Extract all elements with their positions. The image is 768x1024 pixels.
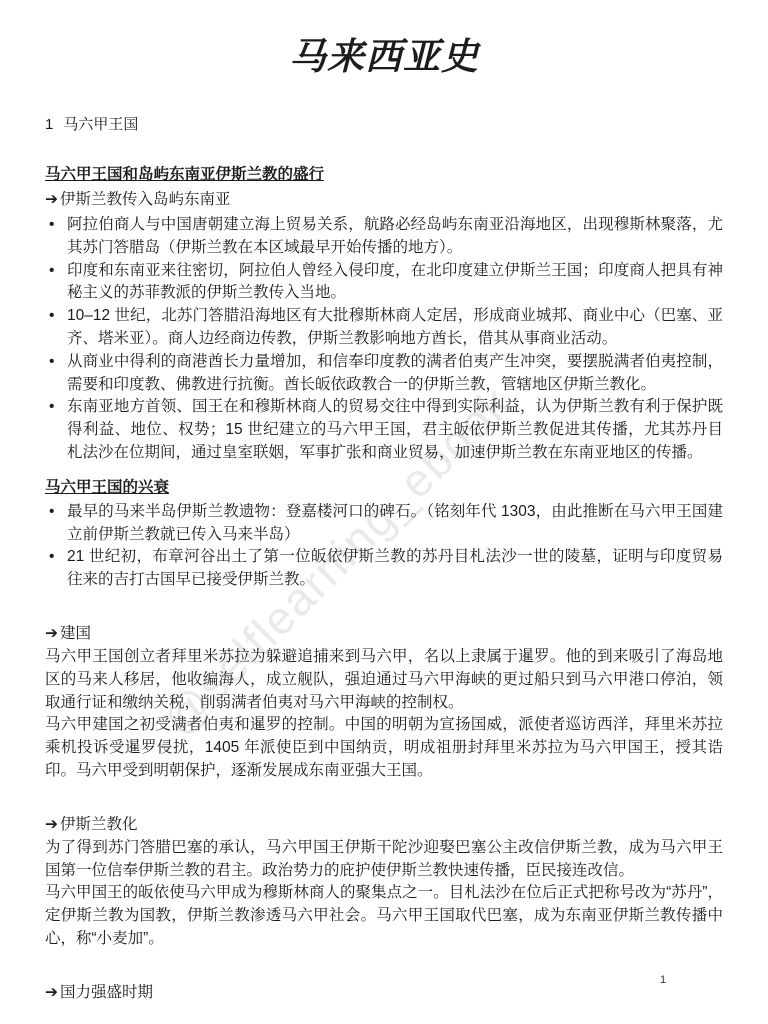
paragraph-founding-2: 马六甲建国之初受满者伯夷和暹罗的控制。中国的明朝为宣扬国威，派使者巡访西洋，拜里… [45, 714, 723, 782]
chapter-title: 马六甲王国 [63, 116, 138, 133]
document-title: 马来西亚史 [45, 0, 723, 80]
list-item-text: 印度和东南亚来往密切，阿拉伯人曾经入侵印度，在北印度建立伊斯兰王国；印度商人把具… [67, 260, 723, 306]
subheading-golden-age: ➔国力强盛时期 [45, 981, 723, 1005]
section-heading-islam-spread: 马六甲王国和岛屿东南亚伊斯兰教的盛行 [45, 163, 723, 186]
subheading-label: 伊斯兰教传入岛屿东南亚 [60, 191, 231, 208]
list-item: • 10–12 世纪，北苏门答腊沿海地区有大批穆斯林商人定居，形成商业城邦、商业… [45, 305, 723, 351]
chapter-number: 1 [45, 116, 53, 133]
paragraph-islamization-1: 为了得到苏门答腊巴塞的承认，马六甲国王伊斯干陀沙迎娶巴塞公主改信伊斯兰教，成为马… [45, 837, 723, 883]
list-item-text: 东南亚地方首领、国王在和穆斯林商人的贸易交往中得到实际利益，认为伊斯兰教有利于保… [67, 396, 723, 464]
subheading-label: 建国 [60, 625, 91, 642]
bullet-icon: • [45, 214, 67, 260]
subheading-islam-arrival: ➔伊斯兰教传入岛屿东南亚 [45, 188, 723, 212]
list-item: • 东南亚地方首领、国王在和穆斯林商人的贸易交往中得到实际利益，认为伊斯兰教有利… [45, 396, 723, 464]
list-item: • 最早的马来半岛伊斯兰教遗物：登嘉楼河口的碑石。（铭刻年代 1303，由此推断… [45, 501, 723, 547]
subheading-islamization: ➔伊斯兰教化 [45, 813, 723, 837]
list-item-text: 21 世纪初，布章河谷出土了第一位皈依伊斯兰教的苏丹目札法沙一世的陵墓，证明与印… [67, 546, 723, 592]
bullet-icon: • [45, 501, 67, 547]
list-item-text: 最早的马来半岛伊斯兰教遗物：登嘉楼河口的碑石。（铭刻年代 1303，由此推断在马… [67, 501, 723, 547]
subheading-label: 国力强盛时期 [60, 984, 153, 1001]
list-item-text: 从商业中得利的商港酋长力量增加，和信奉印度教的满者伯夷产生冲突，要摆脱满者伯夷控… [67, 351, 723, 397]
bullet-icon: • [45, 546, 67, 592]
bullet-icon: • [45, 351, 67, 397]
list-item: • 印度和东南亚来往密切，阿拉伯人曾经入侵印度，在北印度建立伊斯兰王国；印度商人… [45, 260, 723, 306]
arrow-icon: ➔ [45, 816, 58, 833]
bullet-icon: • [45, 396, 67, 464]
document-content: 马来西亚史 1马六甲王国 马六甲王国和岛屿东南亚伊斯兰教的盛行 ➔伊斯兰教传入岛… [0, 0, 768, 1005]
bullet-icon: • [45, 260, 67, 306]
page-number: 1 [660, 974, 666, 986]
arrow-icon: ➔ [45, 625, 58, 642]
section-heading-rise-fall: 马六甲王国的兴衰 [45, 476, 723, 499]
list-item-text: 10–12 世纪，北苏门答腊沿海地区有大批穆斯林商人定居，形成商业城邦、商业中心… [67, 305, 723, 351]
bullet-list-section2: • 最早的马来半岛伊斯兰教遗物：登嘉楼河口的碑石。（铭刻年代 1303，由此推断… [45, 501, 723, 592]
document-page: @selflearning_ebook 马来西亚史 1马六甲王国 马六甲王国和岛… [0, 0, 768, 1024]
bullet-icon: • [45, 305, 67, 351]
subheading-label: 伊斯兰教化 [60, 816, 138, 833]
arrow-icon: ➔ [45, 984, 58, 1001]
list-item-text: 阿拉伯商人与中国唐朝建立海上贸易关系，航路必经岛屿东南亚沿海地区，出现穆斯林聚落… [67, 214, 723, 260]
bullet-list-section1: • 阿拉伯商人与中国唐朝建立海上贸易关系，航路必经岛屿东南亚沿海地区，出现穆斯林… [45, 214, 723, 465]
chapter-heading: 1马六甲王国 [45, 113, 723, 134]
list-item: • 从商业中得利的商港酋长力量增加，和信奉印度教的满者伯夷产生冲突，要摆脱满者伯… [45, 351, 723, 397]
paragraph-founding-1: 马六甲王国创立者拜里米苏拉为躲避追捕来到马六甲，名以上隶属于暹罗。他的到来吸引了… [45, 646, 723, 714]
list-item: • 阿拉伯商人与中国唐朝建立海上贸易关系，航路必经岛屿东南亚沿海地区，出现穆斯林… [45, 214, 723, 260]
subheading-founding: ➔建国 [45, 622, 723, 646]
list-item: • 21 世纪初，布章河谷出土了第一位皈依伊斯兰教的苏丹目札法沙一世的陵墓，证明… [45, 546, 723, 592]
paragraph-islamization-2: 马六甲国王的皈依使马六甲成为穆斯林商人的聚集点之一。目札法沙在位后正式把称号改为… [45, 882, 723, 950]
arrow-icon: ➔ [45, 191, 58, 208]
